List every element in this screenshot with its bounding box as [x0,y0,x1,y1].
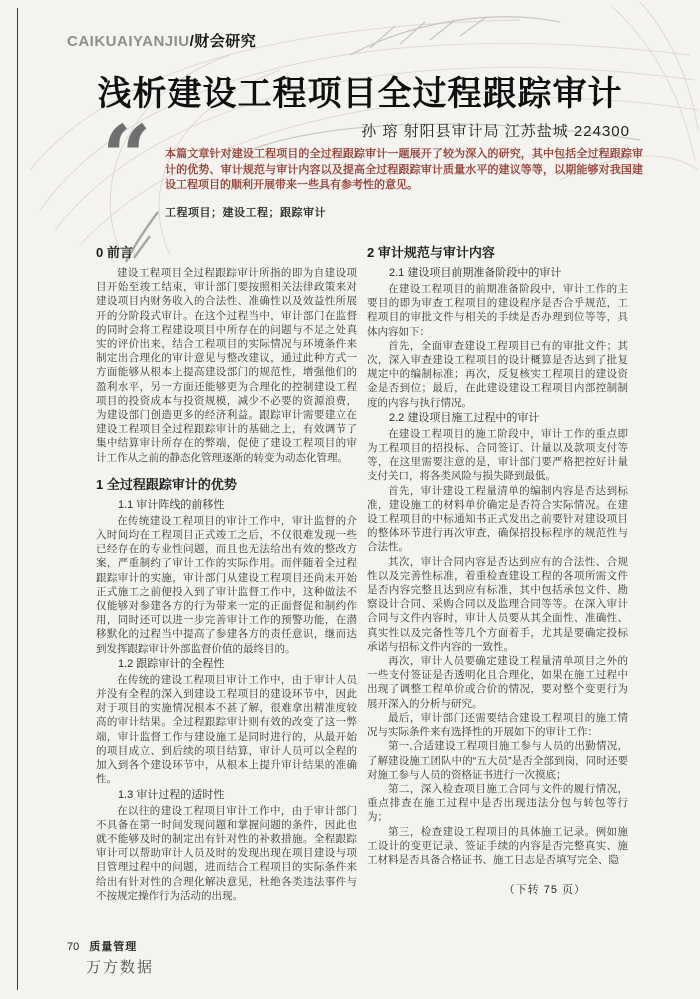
subsection-heading: 1.2 跟踪审计的全程性 [96,657,357,672]
paragraph: 在传统建设工程项目的审计工作中，审计监督的介入时间均在工程项目正式竣工之后，不仅… [96,514,357,656]
paragraph: 建设工程项目全过程跟踪审计所指的即为自建设项目开始至竣工结束，审计部门要按照相关… [96,266,357,465]
paragraph: 第三，检查建设工程项目的具体施工记录。例如施工设计的变更记录、签证手续的内容是否… [367,825,628,868]
paragraph: 首先，全面审查建设工程项目已有的审批文件；其次，深入审查建设工程项目的设计概算是… [367,339,628,410]
section-heading: 1 全过程跟踪审计的优势 [96,474,357,493]
paragraph: 在建设工程项目的前期准备阶段中，审计工作的主要目的即为审查工程项目的建设程序是否… [367,282,628,339]
keywords-line: 工程项目；建设工程；跟踪审计 [165,204,643,220]
paragraph: 在建设工程项目的施工阶段中，审计工作的重点即为工程项目的招投标、合同签订、计量以… [367,427,628,484]
section-heading: 0 前言 [96,242,357,261]
footer-section-name: 质量管理 [89,941,137,953]
author-line: 孙 瑢 射阳县审计局 江苏盐城 224300 [361,120,630,141]
subsection-heading: 1.3 审计过程的适时性 [96,788,357,803]
left-column: 0 前言建设工程项目全过程跟踪审计所指的即为自建设项目开始至竣工结束，审计部门要… [96,241,357,933]
paragraph: 在传统的建设工程项目审计工作中，由于审计人员并没有全程的深入到建设工程项目的建设… [96,673,357,787]
paragraph: 最后，审计部门还需要结合建设工程项目的施工情况与实际条件来有选择性的开展如下的审… [367,711,628,739]
journal-section-name: /财会研究 [190,33,257,50]
paragraph: 在以往的建设工程项目审计工作中，由于审计部门不具备在第一时间发现问题和掌握问题的… [96,804,357,903]
subsection-heading: 2.2 建设项目施工过程中的审计 [367,411,628,426]
paragraph: 第二，深入检查项目施工合同与文件的履行情况，重点排查在施工过程中是否出现违法分包… [367,782,628,825]
paragraph: 再次，审计人员要确定建设工程量清单项目之外的一些支付签证是否透明化且合理化，如果… [367,654,628,711]
page-number: 70 [67,941,79,953]
paragraph: 首先，审计建设工程量清单的编制内容是否达到标准，建设施工的材料单价确定是否符合实… [367,484,628,555]
journal-name-pinyin: CAIKUAIYANJIU [67,33,190,50]
paragraph: 第一,合适建设工程项目施工参与人员的出勤情况，了解建设施工团队中的“五大员”是否… [367,739,628,782]
journal-eyebrow: CAIKUAIYANJIU/财会研究 [67,30,256,51]
paragraph: 其次，审计合同内容是否达到应有的合法性、合规性以及完善性标准，着重检查建设工程的… [367,555,628,654]
subsection-heading: 2.1 建设项目前期准备阶段中的审计 [367,266,628,281]
abstract-text: 本篇文章针对建设工程项目的全过程跟踪审计一题展开了较为深入的研究，其中包括全过程… [165,147,643,194]
article-body: 0 前言建设工程项目全过程跟踪审计所指的即为自建设项目开始至竣工结束，审计部门要… [96,241,628,933]
section-heading: 2 审计规范与审计内容 [367,242,628,261]
wanfang-watermark: 万方数据 [86,956,154,977]
continuation-note: （下转 75 页） [367,881,628,897]
page-footer: 70质量管理 [67,938,137,954]
left-margin-rule [17,8,18,990]
right-column: 2 审计规范与审计内容2.1 建设项目前期准备阶段中的审计在建设工程项目的前期准… [367,241,628,933]
quotation-mark-icon: “ [102,128,151,188]
journal-page: CAIKUAIYANJIU/财会研究 浅析建设工程项目全过程跟踪审计 孙 瑢 射… [0,0,700,999]
subsection-heading: 1.1 审计阵线的前移性 [96,498,357,513]
